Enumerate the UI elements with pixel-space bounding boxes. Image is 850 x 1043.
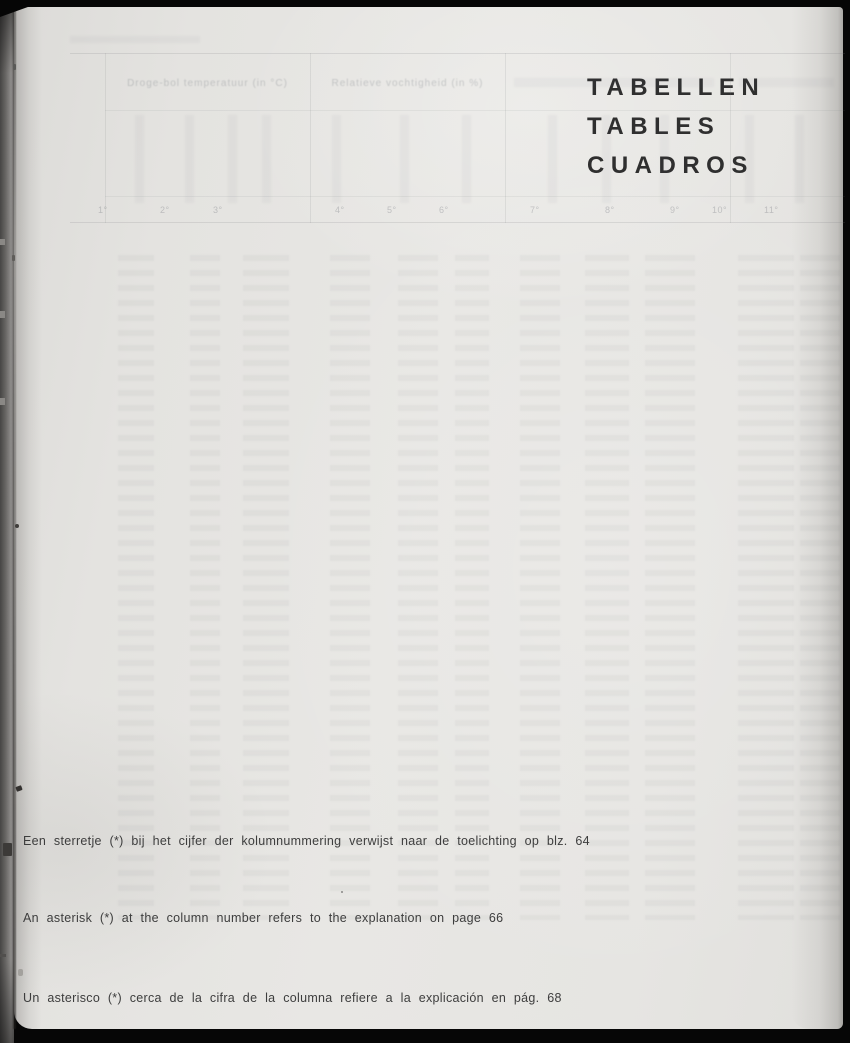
ghost-header-left: Droge-bol temperatuur (in °C)	[105, 78, 310, 89]
ghost-label-smudge	[185, 115, 194, 203]
ghost-digit-column	[330, 255, 370, 920]
paper-fleck	[18, 969, 23, 976]
ghost-header-smudge	[739, 78, 834, 87]
book-page: Droge-bol temperatuur (in °C) Relatieve …	[14, 7, 843, 1029]
ghost-header-right: Relatieve vochtigheid (in %)	[310, 78, 505, 89]
ghost-digit-column	[585, 255, 629, 920]
ghost-grid-line	[105, 110, 845, 111]
gutter-text-fragment	[0, 311, 5, 318]
ghost-digit-column	[455, 255, 489, 920]
ghost-column-number: 8°	[605, 205, 615, 215]
ghost-digit-column	[398, 255, 438, 920]
ghost-digit-column	[190, 255, 220, 920]
ghost-digit-column	[645, 255, 695, 920]
ghost-column-number: 1°	[98, 205, 108, 215]
binding-mark	[3, 843, 12, 856]
ghost-grid-line	[505, 53, 506, 223]
book-binding	[0, 0, 14, 1043]
ghost-column-number: 11°	[764, 205, 778, 215]
ghost-label-smudge	[745, 115, 754, 203]
ghost-digit-column	[800, 255, 840, 920]
gutter-text-fragment	[0, 239, 5, 245]
ghost-label-smudge	[262, 115, 271, 203]
binding-mark	[15, 524, 19, 528]
ghost-column-number: 10°	[712, 205, 727, 215]
ghost-column-number: 5°	[387, 205, 397, 215]
ghost-label-smudge	[548, 115, 557, 203]
ghost-column-number: 3°	[213, 205, 223, 215]
ghost-label-smudge	[135, 115, 144, 203]
ghost-header-smudge	[514, 78, 714, 87]
binding-mark	[13, 64, 16, 70]
ghost-label-smudge	[660, 115, 669, 203]
ghost-column-number: 4°	[335, 205, 345, 215]
ghost-digit-column	[243, 255, 289, 920]
scanned-page-canvas: Droge-bol temperatuur (in °C) Relatieve …	[0, 0, 850, 1043]
ghost-label-smudge	[602, 115, 611, 203]
ghost-label-smudge	[795, 115, 804, 203]
ghost-label-smudge	[332, 115, 341, 203]
binding-mark	[12, 255, 15, 261]
ghost-digit-column	[520, 255, 560, 920]
gutter-text-fragment	[0, 398, 5, 405]
ghost-column-number: 7°	[530, 205, 540, 215]
ghost-grid-line	[70, 53, 845, 54]
ghost-digit-column	[738, 255, 794, 920]
ghost-label-smudge	[400, 115, 409, 203]
ghost-column-number: 6°	[439, 205, 449, 215]
ghost-grid-line	[105, 196, 845, 197]
ghost-column-number: 2°	[160, 205, 170, 215]
ghost-grid-line	[70, 222, 845, 223]
ghost-caption-smudge	[70, 36, 200, 43]
ghost-column-number: 9°	[670, 205, 680, 215]
ghost-grid-line	[730, 53, 731, 223]
ghost-digit-column	[118, 255, 154, 920]
bleedthrough-table: Droge-bol temperatuur (in °C) Relatieve …	[14, 7, 843, 1029]
binding-mark	[0, 954, 6, 957]
ghost-label-smudge	[228, 115, 237, 203]
ghost-label-smudge	[462, 115, 471, 203]
binding-crease	[13, 7, 16, 1029]
